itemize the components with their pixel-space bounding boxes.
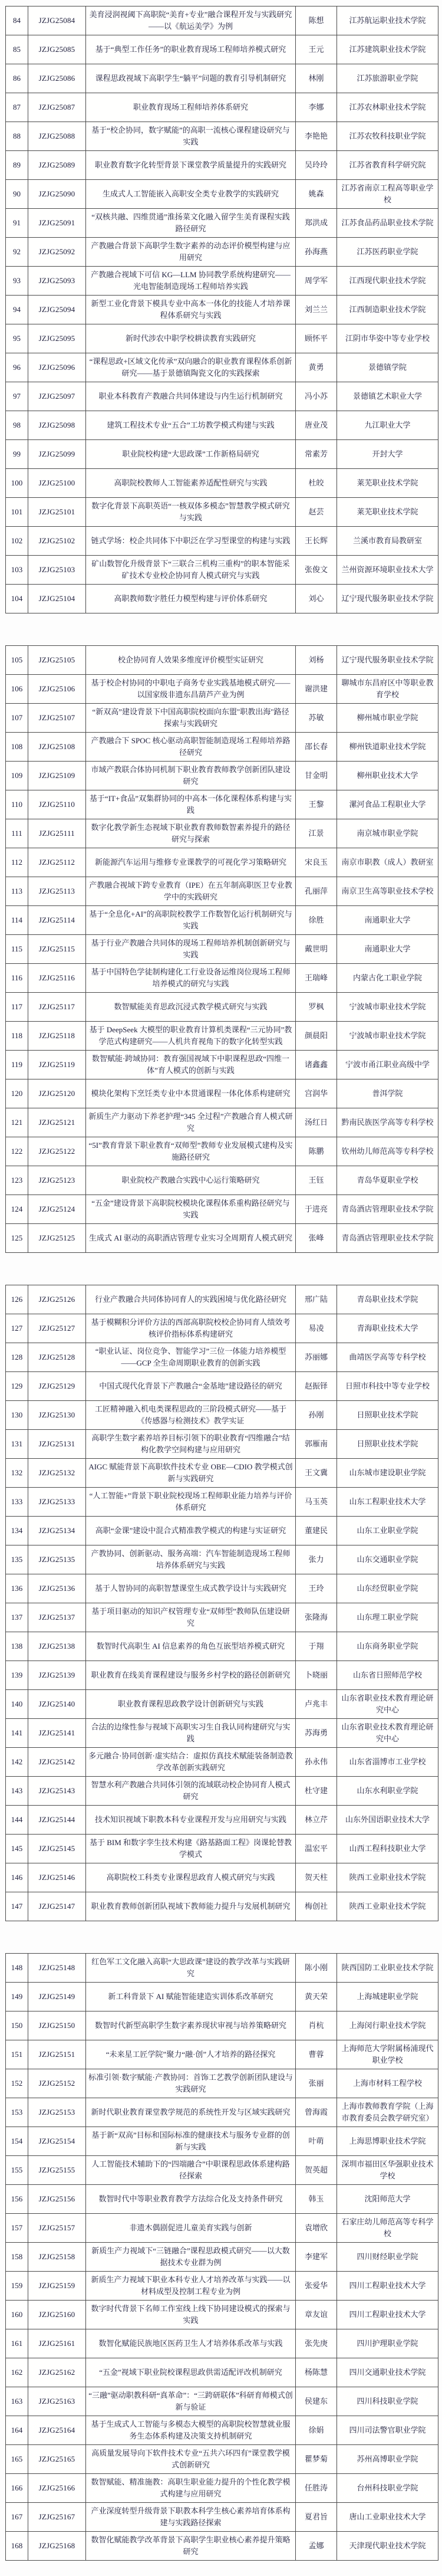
leader-cell: 戴世明: [296, 935, 337, 964]
project-title-cell: 技术知识视域下职教本科专业课程开发与应用研究与实践: [86, 1806, 296, 1835]
row-number-cell: 131: [6, 1430, 28, 1459]
row-number-cell: 133: [6, 1488, 28, 1517]
project-id-cell: JZJG25134: [28, 1517, 86, 1545]
table-row: 140JZJG25140职业教育课程思政教学设计创新研究与实践卢兆丰山东省职业技…: [6, 1690, 438, 1719]
table-row: 161JZJG25161数智化赋能民族地区医药卫生人才培养体系改革与实践张先庚四…: [6, 2329, 438, 2358]
table-row: 127JZJG25127基于模糊积分评价方法的西部高职院校校企协同育人绩效考核评…: [6, 1314, 438, 1343]
project-table-block-2: 105JZJG25105校企协同育人效果多维度评价模型实证研究刘杨辽宁现代服务职…: [5, 645, 438, 1253]
project-title-cell: 中国式现代化背景下产教融合“金基地”建设路径的研究: [86, 1372, 296, 1401]
table-row: 153JZJG25153新时代职业教育课堂教学规范的系统性开发与区域实践研究曾海…: [6, 2098, 438, 2127]
project-id-cell: JZJG25141: [28, 1719, 86, 1748]
project-id-cell: JZJG25143: [28, 1777, 86, 1806]
org-cell: 山东交通职业学院: [337, 1545, 438, 1574]
table-row: 164JZJG25164基于生成式人工智能与多模态大模型的高职院校智慧就业服务生…: [6, 2416, 438, 2445]
row-number-cell: 135: [6, 1545, 28, 1574]
row-number-cell: 124: [6, 1195, 28, 1224]
org-cell: 江阴市华姿中等专业学校: [337, 324, 438, 353]
table-row: 132JZJG25132AIGC 赋能背景下高职软件技术专业 OBE—CDIO …: [6, 1459, 438, 1488]
leader-cell: 黄勇: [296, 353, 337, 382]
org-cell: 辽宁现代服务职业技术学院: [337, 585, 438, 613]
project-title-cell: 职业院校产教融合实践中心运行策略研究: [86, 1166, 296, 1195]
org-cell: 柳州城市职业学院: [337, 704, 438, 733]
project-id-cell: JZJG25112: [28, 848, 86, 877]
org-cell: 四川工程职业技术大学: [337, 2301, 438, 2329]
leader-cell: 冯小苏: [296, 382, 337, 411]
org-cell: 江苏省教育科学研究院: [337, 151, 438, 180]
org-cell: 上海师范大学附属杨浦现代职业学校: [337, 2040, 438, 2069]
table-row: 130JZJG25130工匠精神融入机电类课程思政的三阶段模式研究——基于《传感…: [6, 1401, 438, 1430]
leader-cell: 赵芸: [296, 498, 337, 527]
project-title-cell: 高职“金课”建设中混合式精准教学模式的构建与实证研究: [86, 1517, 296, 1545]
project-title-cell: 职业教育教师创新团队视域下教师能力提升与发展机制研究: [86, 1892, 296, 1921]
org-cell: 普洱学院: [337, 1079, 438, 1108]
table-row: 162JZJG25162“五金”视域下职业院校课程思政供需适配评改机制研究杨陈慧…: [6, 2358, 438, 2387]
leader-cell: 张爱华: [296, 2272, 337, 2301]
row-number-cell: 127: [6, 1314, 28, 1343]
project-id-cell: JZJG25118: [28, 1022, 86, 1051]
table-row: 147JZJG25147职业教育教师创新团队视域下教师能力提升与发展机制研究梅创…: [6, 1892, 438, 1921]
project-id-cell: JZJG25094: [28, 296, 86, 324]
project-id-cell: JZJG25114: [28, 906, 86, 935]
project-title-cell: 校企协同育人效果多维度评价模型实证研究: [86, 646, 296, 675]
row-number-cell: 155: [6, 2156, 28, 2185]
org-cell: 九江职业大学: [337, 411, 438, 440]
project-title-cell: 多元融合·协同创新·虚实结合：虚拟仿真技术赋能装备制造教学改革创新实践研究: [86, 1748, 296, 1777]
leader-cell: 李艳艳: [296, 122, 337, 151]
project-title-cell: 职业院校构建“大思政课”工作新格局研究: [86, 440, 296, 469]
row-number-cell: 128: [6, 1343, 28, 1372]
project-title-cell: 数智化赋能民族地区医药卫生人才培养体系改革与实践: [86, 2329, 296, 2358]
project-title-cell: 基于 DeepSeek 大模型的职业教育计算机类课程“三元协同”教学范式构建研究…: [86, 1022, 296, 1051]
row-number-cell: 129: [6, 1372, 28, 1401]
table-row: 119JZJG25119数智赋能·跨域协同：教育强国视域下中职课程思政“四维一体…: [6, 1051, 438, 1079]
row-number-cell: 100: [6, 469, 28, 498]
row-number-cell: 159: [6, 2272, 28, 2301]
row-number-cell: 132: [6, 1459, 28, 1488]
org-cell: 上海城建职业学院: [337, 1983, 438, 2011]
project-title-cell: 模块化架构下烹饪类专业中本贯通课程一体化体系构建研究: [86, 1079, 296, 1108]
table-row: 142JZJG25142多元融合·协同创新·虚实结合：虚拟仿真技术赋能装备制造教…: [6, 1748, 438, 1777]
project-id-cell: JZJG25161: [28, 2329, 86, 2358]
leader-cell: 韩玉: [296, 2185, 337, 2214]
project-title-cell: 新型工业化背景下模具专业中高本一体化的技能人才培养课程体系研究与实践: [86, 296, 296, 324]
org-cell: 江苏省南京工程高等职业学校: [337, 180, 438, 209]
leader-cell: 董建民: [296, 1517, 337, 1545]
project-title-cell: “三融”驱动职教科研“真革命”：“三跨研联体”科研育师模式创新与验证: [86, 2387, 296, 2416]
leader-cell: 邵长春: [296, 733, 337, 762]
project-id-cell: JZJG25104: [28, 585, 86, 613]
row-number-cell: 85: [6, 35, 28, 64]
project-id-cell: JZJG25155: [28, 2156, 86, 2185]
project-title-cell: AIGC 赋能背景下高职软件技术专业 OBE—CDIO 教学模式创新与实践研究: [86, 1459, 296, 1488]
table-row: 121JZJG25121新质生产力驱动下养老护理“345 全过程”产教融合育人模…: [6, 1108, 438, 1137]
table-block-gap: [0, 613, 442, 645]
project-title-cell: 职业教育在线美育课程建设与服务乡村学校的路径创新研究: [86, 1661, 296, 1690]
table-row: 168JZJG25168数智化赋能教学改革背景下高职学生职业核心素养提升策略研究…: [6, 2532, 438, 2561]
project-id-cell: JZJG25151: [28, 2040, 86, 2069]
table-row: 85JZJG25085基于“典型工作任务”的职业教育现场工程师培养模式研究王元江…: [6, 35, 438, 64]
project-title-cell: 合法的边缘性参与视域下高职实习生自我认同构建研究与实践: [86, 1719, 296, 1748]
project-id-cell: JZJG25088: [28, 122, 86, 151]
project-title-cell: 产教融合背景下高职学生数字素养的动态评价模型构建与应用研究: [86, 238, 296, 267]
project-table-block-1: 84JZJG25084美育浸润视阈下高职院“美育+专业”融合课程开发与实践研究—…: [5, 6, 438, 613]
row-number-cell: 136: [6, 1574, 28, 1603]
project-title-cell: 基于模糊积分评价方法的西部高职院校校企协同育人绩效考核评价指标体系构建研究: [86, 1314, 296, 1343]
table-row: 158JZJG25158新质生产力视域下“三链融合”课程思政模式研究——以大数据…: [6, 2243, 438, 2272]
row-number-cell: 144: [6, 1806, 28, 1835]
table-row: 160JZJG25160数字时代背景下名师工作室线上线下协同建设模式的探索与实践…: [6, 2301, 438, 2329]
project-id-cell: JZJG25093: [28, 267, 86, 296]
row-number-cell: 86: [6, 64, 28, 93]
row-number-cell: 130: [6, 1401, 28, 1430]
org-cell: 开封大学: [337, 440, 438, 469]
org-cell: 青海职业技术大学: [337, 1314, 438, 1343]
leader-cell: 张丽: [296, 2069, 337, 2098]
row-number-cell: 118: [6, 1022, 28, 1051]
project-id-cell: JZJG25105: [28, 646, 86, 675]
project-title-cell: “未来星工匠学院”聚力“融·创”人才培养的路径探究: [86, 2040, 296, 2069]
table-row: 150JZJG25150数智时代新型高职学生数字素养现状审视与培养策略研究肖杭上…: [6, 2011, 438, 2040]
table-row: 115JZJG25115基于行业产教融合共同体的现场工程师培养机制创新研究与实践…: [6, 935, 438, 964]
project-title-cell: 基于人智协同的高职智慧课堂生成式教学设计与实践研究: [86, 1574, 296, 1603]
project-id-cell: JZJG25084: [28, 6, 86, 35]
row-number-cell: 116: [6, 964, 28, 993]
table-row: 106JZJG25106基于校企村协同的中职电子商务专业实践基地模式研究——以国…: [6, 675, 438, 704]
org-cell: 宁波城市职业技术学院: [337, 993, 438, 1022]
project-title-cell: 矿山数智化升级背景下“三联合三机构三重构”的职本智能采矿技术专业校企协同育人模式…: [86, 556, 296, 585]
project-title-cell: “五金”建设背景下高职院校模块化课程体系重构路径研究与实践: [86, 1195, 296, 1224]
row-number-cell: 166: [6, 2474, 28, 2503]
table-row: 113JZJG25113产教融合视域下跨专业教育（IPE）在五年制高职医卫专业教…: [6, 877, 438, 906]
org-cell: 内蒙古化工职业学院: [337, 964, 438, 993]
project-title-cell: 产业深度转型升级背景下职教本科学生核心素养培育体系构建与实践路径探索: [86, 2503, 296, 2532]
project-title-cell: 数字化教学新生态视域下职业教育教师数智素养提升的路径研究与探索: [86, 819, 296, 848]
org-cell: 兰州资源环境职业技术大学: [337, 556, 438, 585]
org-cell: 青岛职业技术学院: [337, 1285, 438, 1314]
row-number-cell: 103: [6, 556, 28, 585]
row-number-cell: 94: [6, 296, 28, 324]
project-title-cell: 基于生成式人工智能与多模态大模型的高职院校智慧就业服务生态体系构建及决策支持机制…: [86, 2416, 296, 2445]
project-title-cell: 基于 BIM 和数字孪生技术构建《路基路面工程》岗课轮替教学模式: [86, 1835, 296, 1863]
org-cell: 陕西国防工业职业技术学院: [337, 1954, 438, 1983]
row-number-cell: 108: [6, 733, 28, 762]
org-cell: 南京卫生高等职业技术学校: [337, 877, 438, 906]
leader-cell: 诸鑫鑫: [296, 1051, 337, 1079]
project-id-cell: JZJG25127: [28, 1314, 86, 1343]
project-id-cell: JZJG25153: [28, 2098, 86, 2127]
table-row: 165JZJG25165高质量发展导向下软件技术专业“五共六环四有”课堂教学模式…: [6, 2445, 438, 2474]
project-id-cell: JZJG25122: [28, 1137, 86, 1166]
table-row: 117JZJG25117数智赋能美育思政沉浸式教学模式研究与实践罗枫宁波城市职业…: [6, 993, 438, 1022]
leader-cell: 唐业茂: [296, 411, 337, 440]
table-row: 129JZJG25129中国式现代化背景下产教融合“金基地”建设路径的研究赵振铎…: [6, 1372, 438, 1401]
project-id-cell: JZJG25156: [28, 2185, 86, 2214]
org-cell: 四川工程职业技术大学: [337, 2272, 438, 2301]
project-title-cell: 基于新“双高”目标和国际标准的健康技术与服务专业群的创新与实践: [86, 2127, 296, 2156]
table-row: 141JZJG25141合法的边缘性参与视域下高职实习生自我认同构建研究与实践苏…: [6, 1719, 438, 1748]
table-row: 101JZJG25101数字化背景下高职英语“一核双体多模态”智慧教学模式研究与…: [6, 498, 438, 527]
leader-cell: 赵振铎: [296, 1372, 337, 1401]
org-cell: 柳州职业技术大学: [337, 762, 438, 790]
row-number-cell: 96: [6, 353, 28, 382]
table-row: 137JZJG25137基于项目驱动的知识产权管理专业“双师型”教师队伍建设研究…: [6, 1603, 438, 1632]
project-id-cell: JZJG25131: [28, 1430, 86, 1459]
table-row: 87JZJG25087职业教育现场工程师培养体系研究李娜江苏农林职业技术学院: [6, 93, 438, 122]
org-cell: 南通职业大学: [337, 906, 438, 935]
project-id-cell: JZJG25150: [28, 2011, 86, 2040]
project-title-cell: 新质生产力驱动下养老护理“345 全过程”产教融合育人模式研究: [86, 1108, 296, 1137]
project-id-cell: JZJG25091: [28, 209, 86, 238]
org-cell: 山东省职业技术教育理论研究中心: [337, 1719, 438, 1748]
project-title-cell: 数智时代中等职业教育教学方法综合化及支持条件研究: [86, 2185, 296, 2214]
project-id-cell: JZJG25139: [28, 1661, 86, 1690]
project-title-cell: 基于行业产教融合共同体的现场工程师培养机制创新研究与实践: [86, 935, 296, 964]
project-title-cell: 基于“校企协同，数字赋能”的高职一流核心课程建设研究与实践: [86, 122, 296, 151]
project-id-cell: JZJG25152: [28, 2069, 86, 2098]
project-title-cell: 产教融合下 SPOC 核心驱动高职智能制造现场工程师培养路径研究: [86, 733, 296, 762]
leader-cell: 易凌: [296, 1314, 337, 1343]
table-row: 139JZJG25139职业教育在线美育课程建设与服务乡村学校的路径创新研究卜晓…: [6, 1661, 438, 1690]
project-title-cell: 产教融合视域下可信 KG—LLM 协同教学系统构建研究——光电智能制造现场工程师…: [86, 267, 296, 296]
project-title-cell: 基于项目驱动的知识产权管理专业“双师型”教师队伍建设研究: [86, 1603, 296, 1632]
table-row: 133JZJG25133“人工智能+”背景下职业院校现场工程师职业能力培养与评价…: [6, 1488, 438, 1517]
org-cell: 四川护理职业学院: [337, 2329, 438, 2358]
leader-cell: 曾海霞: [296, 2098, 337, 2127]
row-number-cell: 167: [6, 2503, 28, 2532]
leader-cell: 苏丽娜: [296, 1343, 337, 1372]
leader-cell: 孟娜: [296, 2532, 337, 2561]
row-number-cell: 156: [6, 2185, 28, 2214]
table-row: 134JZJG25134高职“金课”建设中混合式精准教学模式的构建与实证研究董建…: [6, 1517, 438, 1545]
project-id-cell: JZJG25087: [28, 93, 86, 122]
row-number-cell: 153: [6, 2098, 28, 2127]
leader-cell: 汤红日: [296, 1108, 337, 1137]
table-row: 166JZJG25166数智赋能、精准施教：高职生职业能力提升的个性化教学模式构…: [6, 2474, 438, 2503]
org-cell: 钦州幼儿师范高等专科学校: [337, 1137, 438, 1166]
row-number-cell: 147: [6, 1892, 28, 1921]
leader-cell: 吴玲玲: [296, 151, 337, 180]
leader-cell: 孙海燕: [296, 238, 337, 267]
leader-cell: 李建军: [296, 2243, 337, 2272]
org-cell: 山东商务职业学院: [337, 1632, 438, 1661]
project-title-cell: 新工科背景下 AI 赋能智能建造实训体系改革研究: [86, 1983, 296, 2011]
table-row: 91JZJG25091“双核共融、四维贯通”淮扬菜文化融入留学生美育课程实践路径…: [6, 209, 438, 238]
org-cell: 山东经贸职业学院: [337, 1574, 438, 1603]
table-row: 92JZJG25092产教融合背景下高职学生数字素养的动态评价模型构建与应用研究…: [6, 238, 438, 267]
table-row: 86JZJG25086课程思政视域下高职学生“躺平”问题的教育引导机制研究林刚江…: [6, 64, 438, 93]
row-number-cell: 98: [6, 411, 28, 440]
project-title-cell: 生成式 AI 驱动的高职酒店管理专业实习全周期育人模式研究: [86, 1224, 296, 1253]
row-number-cell: 152: [6, 2069, 28, 2098]
table-row: 99JZJG25099职业院校构建“大思政课”工作新格局研究常素芳开封大学: [6, 440, 438, 469]
project-id-cell: JZJG25110: [28, 790, 86, 819]
leader-cell: 刘心: [296, 585, 337, 613]
org-cell: 陕西工业职业技术学院: [337, 1892, 438, 1921]
leader-cell: 马玉英: [296, 1488, 337, 1517]
table-row: 120JZJG25120模块化架构下烹饪类专业中本贯通课程一体化体系构建研究宫润…: [6, 1079, 438, 1108]
leader-cell: 叶萌: [296, 2127, 337, 2156]
leader-cell: 于翔: [296, 1632, 337, 1661]
row-number-cell: 157: [6, 2214, 28, 2243]
org-cell: 上海闵行职业技术学院: [337, 2011, 438, 2040]
table-row: 107JZJG25107“新双高”建设背景下中国高职院校面向东盟"职教出海"路径…: [6, 704, 438, 733]
project-id-cell: JZJG25123: [28, 1166, 86, 1195]
project-title-cell: 职业教育现场工程师培养体系研究: [86, 93, 296, 122]
project-title-cell: 数智赋能、精准施教：高职生职业能力提升的个性化教学模式构建与应用研究: [86, 2474, 296, 2503]
project-id-cell: JZJG25120: [28, 1079, 86, 1108]
org-cell: 四川司法警官职业学院: [337, 2416, 438, 2445]
project-title-cell: 新能源汽车运用与维修专业课教学的可视化学习策略研究: [86, 848, 296, 877]
project-title-cell: “双核共融、四维贯通”淮扬菜文化融入留学生美育课程实践路径研究: [86, 209, 296, 238]
table-blocks: 84JZJG25084美育浸润视阈下高职院“美育+专业”融合课程开发与实践研究—…: [0, 6, 442, 2561]
table-row: 155JZJG25155人工智能技术辅助下的“四端融合”中职课程思政体系建构路径…: [6, 2156, 438, 2185]
project-title-cell: 智慧水利产教融合共同体引领的流域联动校企协同育人模式研究: [86, 1777, 296, 1806]
row-number-cell: 142: [6, 1748, 28, 1777]
row-number-cell: 123: [6, 1166, 28, 1195]
project-id-cell: JZJG25147: [28, 1892, 86, 1921]
org-cell: 江西制造职业技术学院: [337, 296, 438, 324]
org-cell: 四川交通职业技术学院: [337, 2358, 438, 2387]
org-cell: 日照职业技术学院: [337, 1401, 438, 1430]
org-cell: 莱芜职业技术学院: [337, 498, 438, 527]
leader-cell: 宫润华: [296, 1079, 337, 1108]
table-row: 146JZJG25146高职院校工科类专业课程思政育人模式研究与实践贺天柱陕西工…: [6, 1863, 438, 1892]
project-title-cell: 高质量发展导向下软件技术专业“五共六环四有”课堂教学模式创新研究: [86, 2445, 296, 2474]
table-row: 154JZJG25154基于新“双高”目标和国际标准的健康技术与服务专业群的创新…: [6, 2127, 438, 2156]
project-title-cell: 基于“典型工作任务”的职业教育现场工程师培养模式研究: [86, 35, 296, 64]
table-row: 152JZJG25152标准引领·数字赋能·产教协同：首饰工艺教学创新团队建设与…: [6, 2069, 438, 2098]
project-id-cell: JZJG25135: [28, 1545, 86, 1574]
project-title-cell: 新时代涉农中职学校耕读教育实践研究: [86, 324, 296, 353]
project-id-cell: JZJG25098: [28, 411, 86, 440]
project-id-cell: JZJG25092: [28, 238, 86, 267]
leader-cell: 江景: [296, 819, 337, 848]
row-number-cell: 107: [6, 704, 28, 733]
project-id-cell: JZJG25138: [28, 1632, 86, 1661]
table-row: 84JZJG25084美育浸润视阈下高职院“美育+专业”融合课程开发与实践研究—…: [6, 6, 438, 35]
row-number-cell: 120: [6, 1079, 28, 1108]
table-row: 123JZJG25123职业院校产教融合实践中心运行策略研究王钰青岛华夏职业学校: [6, 1166, 438, 1195]
project-id-cell: JZJG25125: [28, 1224, 86, 1253]
leader-cell: 于进亮: [296, 1195, 337, 1224]
org-cell: 曲靖医学高等专科学校: [337, 1343, 438, 1372]
project-id-cell: JZJG25142: [28, 1748, 86, 1777]
project-id-cell: JZJG25154: [28, 2127, 86, 2156]
org-cell: 深圳市福田区华强职业技术学校: [337, 2156, 438, 2185]
org-cell: 四川财经职业学院: [337, 2243, 438, 2272]
project-id-cell: JZJG25145: [28, 1835, 86, 1863]
org-cell: 青岛酒店管理职业技术学院: [337, 1195, 438, 1224]
org-cell: 山东城市建设职业学院: [337, 1459, 438, 1488]
project-id-cell: JZJG25108: [28, 733, 86, 762]
table-row: 138JZJG25138数智时代高职生 AI 信息素养的角色互嵌型培养模式研究于…: [6, 1632, 438, 1661]
row-number-cell: 110: [6, 790, 28, 819]
project-id-cell: JZJG25097: [28, 382, 86, 411]
table-row: 159JZJG25159新质生产力视域下职业本科专业人才培养改革与实践——以材料…: [6, 2272, 438, 2301]
leader-cell: 王长辉: [296, 527, 337, 556]
leader-cell: 苏海勇: [296, 1719, 337, 1748]
org-cell: 黔南民族医学高等专科学校: [337, 1108, 438, 1137]
row-number-cell: 148: [6, 1954, 28, 1983]
leader-cell: 刘杨: [296, 646, 337, 675]
row-number-cell: 99: [6, 440, 28, 469]
table-row: 90JZJG25090生成式人工智能嵌入高职安全类专业教学的实践研究姚森江苏省南…: [6, 180, 438, 209]
project-id-cell: JZJG25119: [28, 1051, 86, 1079]
project-id-cell: JZJG25106: [28, 675, 86, 704]
project-id-cell: JZJG25158: [28, 2243, 86, 2272]
project-title-cell: 高职院校工科类专业课程思政育人模式研究与实践: [86, 1863, 296, 1892]
org-cell: 宁波市甬江职业高级中学: [337, 1051, 438, 1079]
row-number-cell: 125: [6, 1224, 28, 1253]
project-id-cell: JZJG25090: [28, 180, 86, 209]
table-row: 143JZJG25143智慧水利产教融合共同体引领的流域联动校企协同育人模式研究…: [6, 1777, 438, 1806]
project-id-cell: JZJG25111: [28, 819, 86, 848]
project-id-cell: JZJG25128: [28, 1343, 86, 1372]
project-id-cell: JZJG25089: [28, 151, 86, 180]
leader-cell: 罗枫: [296, 993, 337, 1022]
project-title-cell: 基于校企村协同的中职电子商务专业实践基地模式研究——以国家级非遗东昌葫芦产业为例: [86, 675, 296, 704]
leader-cell: 姚森: [296, 180, 337, 209]
table-row: 156JZJG25156数智时代中等职业教育教学方法综合化及支持条件研究韩玉沈阳…: [6, 2185, 438, 2214]
leader-cell: 张峰: [296, 1224, 337, 1253]
project-title-cell: 链式学场：校企共同体下中职泛在学习型课堂的构建与实践: [86, 527, 296, 556]
project-title-cell: “课程思政+区域文化传承”双向融合的职业教育课程体系创新研究——基于景德镇陶瓷文…: [86, 353, 296, 382]
org-cell: 山西工程科技职业大学: [337, 1835, 438, 1863]
project-title-cell: 标准引领·数字赋能·产教协同：首饰工艺教学创新团队建设与实践研究: [86, 2069, 296, 2098]
leader-cell: 章友谊: [296, 2301, 337, 2329]
project-title-cell: 数字化背景下高职英语“一核双体多模态”智慧教学模式研究与实践: [86, 498, 296, 527]
project-title-cell: 产教协同、创新驱动、服务高端：汽车智能制造现场工程师培养体系研究与实践: [86, 1545, 296, 1574]
row-number-cell: 165: [6, 2445, 28, 2474]
project-id-cell: JZJG25129: [28, 1372, 86, 1401]
project-id-cell: JZJG25121: [28, 1108, 86, 1137]
org-cell: 江苏医药职业学院: [337, 238, 438, 267]
table-row: 97JZJG25097职业本科教育产教融合共同体建设与内生运行机制研究冯小苏景德…: [6, 382, 438, 411]
table-row: 110JZJG25110基于“IT+食品”双集群协同的中高本一体化课程体系构建与…: [6, 790, 438, 819]
leader-cell: 夏君旨: [296, 2503, 337, 2532]
leader-cell: 孙刚: [296, 1401, 337, 1430]
row-number-cell: 114: [6, 906, 28, 935]
project-id-cell: JZJG25103: [28, 556, 86, 585]
project-title-cell: 非遗木偶剧促进儿童美育实践与创新: [86, 2214, 296, 2243]
table-row: 116JZJG25116基于中国特色学徒制构建化工行业设备运维岗位现场工程师培养…: [6, 964, 438, 993]
project-title-cell: 建筑工程技术专业“五合”工坊教学模式构建与实践: [86, 411, 296, 440]
project-id-cell: JZJG25137: [28, 1603, 86, 1632]
table-row: 98JZJG25098建筑工程技术专业“五合”工坊教学模式构建与实践唐业茂九江职…: [6, 411, 438, 440]
project-id-cell: JZJG25149: [28, 1983, 86, 2011]
row-number-cell: 106: [6, 675, 28, 704]
row-number-cell: 122: [6, 1137, 28, 1166]
project-title-cell: 红色军工文化融入高职“大思政课”建设的教学改革与实践研究: [86, 1954, 296, 1983]
leader-cell: 王元: [296, 35, 337, 64]
table-row: 136JZJG25136基于人智协同的高职智慧课堂生成式教学设计与实践研究王玲山…: [6, 1574, 438, 1603]
leader-cell: 王文冀: [296, 1459, 337, 1488]
org-cell: 沈阳师范大学: [337, 2185, 438, 2214]
org-cell: 江苏建筑职业技术学院: [337, 35, 438, 64]
project-title-cell: 职业教育数字化转型背景下课堂教学质量提升的实践研究: [86, 151, 296, 180]
leader-cell: 王钰: [296, 1166, 337, 1195]
row-number-cell: 162: [6, 2358, 28, 2387]
row-number-cell: 164: [6, 2416, 28, 2445]
row-number-cell: 158: [6, 2243, 28, 2272]
row-number-cell: 145: [6, 1835, 28, 1863]
project-id-cell: JZJG25164: [28, 2416, 86, 2445]
row-number-cell: 113: [6, 877, 28, 906]
project-id-cell: JZJG25101: [28, 498, 86, 527]
leader-cell: 陈想: [296, 6, 337, 35]
org-cell: 景德镇学院: [337, 353, 438, 382]
project-title-cell: 数智时代高职生 AI 信息素养的角色互嵌型培养模式研究: [86, 1632, 296, 1661]
